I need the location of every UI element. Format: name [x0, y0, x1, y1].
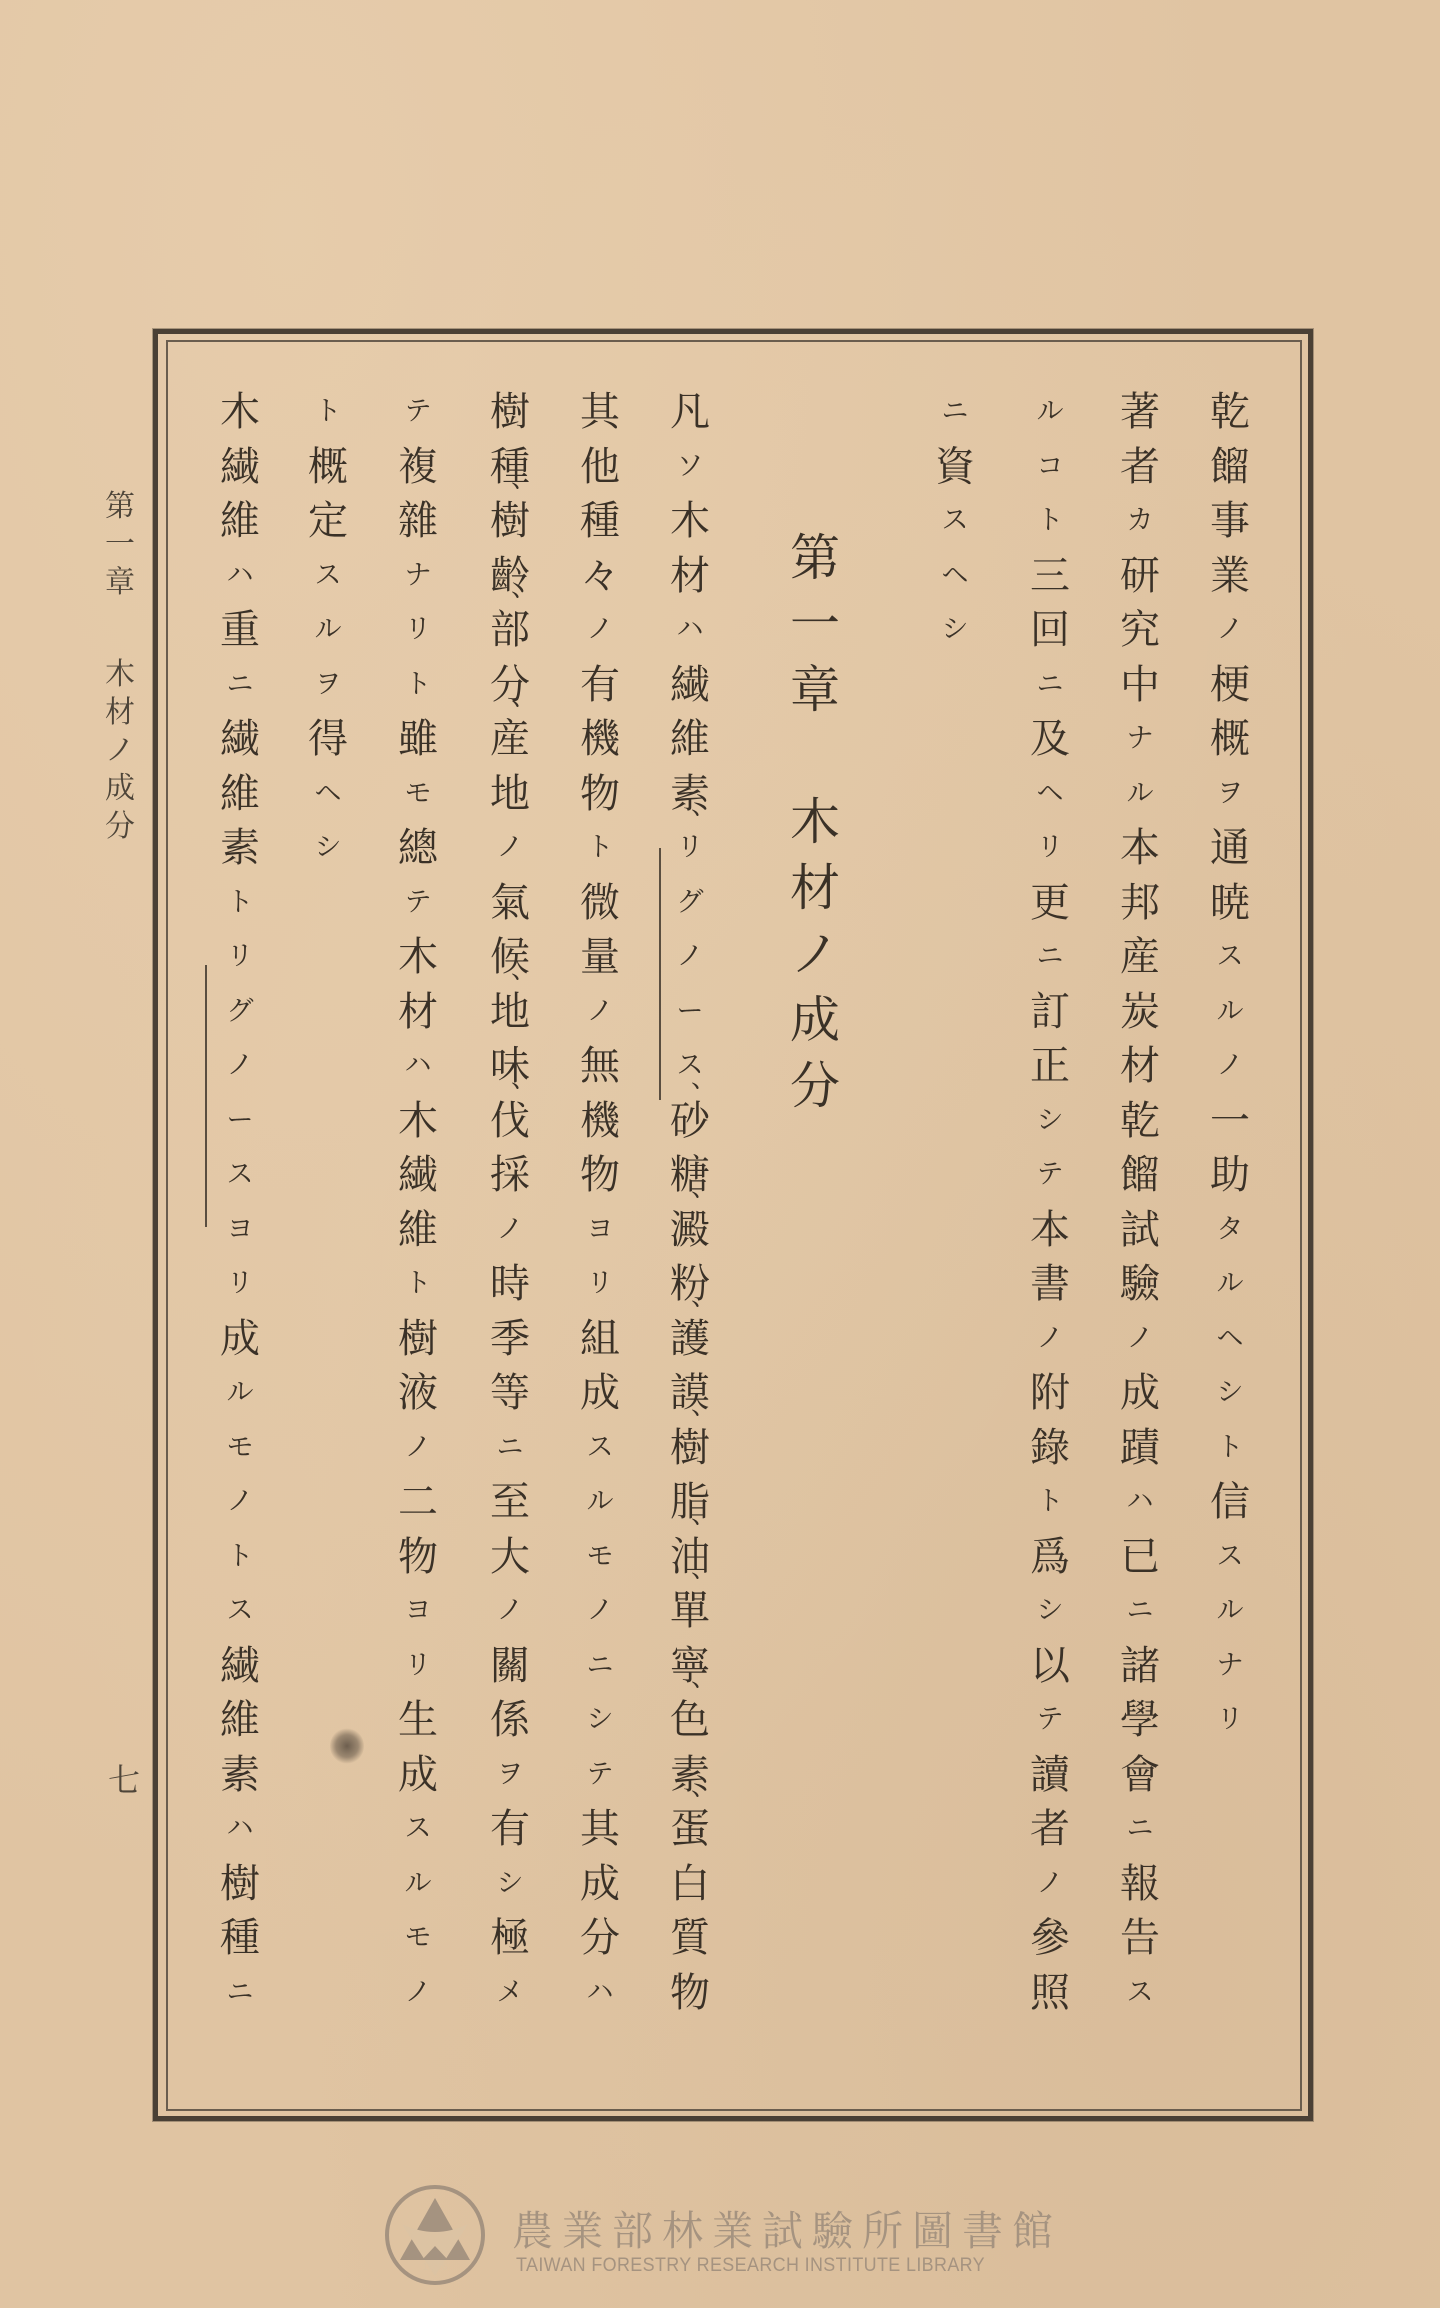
glyph: 木: [213, 385, 267, 440]
glyph: ノ: [213, 1475, 267, 1530]
glyph: 及: [1023, 712, 1077, 767]
glyph: 梗: [1203, 658, 1257, 713]
glyph: 時: [483, 1257, 537, 1312]
glyph: 物: [573, 767, 627, 822]
glyph: ヘ: [928, 549, 982, 604]
preface-column-4: ニ資スヘシ: [928, 385, 982, 658]
glyph: 成: [573, 1857, 627, 1912]
chapter-number: 第一章: [782, 525, 848, 723]
glyph: 複: [391, 440, 445, 495]
glyph: 助: [1203, 1148, 1257, 1203]
running-header: 第一章 木材ノ成分: [100, 488, 140, 846]
glyph: 蛋: [663, 1802, 717, 1857]
glyph: 雜: [391, 494, 445, 549]
glyph: 更: [1023, 876, 1077, 931]
glyph: 事: [1203, 494, 1257, 549]
glyph: ト: [573, 821, 627, 876]
glyph: ル: [1203, 985, 1257, 1040]
glyph: シ: [928, 603, 982, 658]
watermark-title-en: TAIWAN FORESTRY RESEARCH INSTITUTE LIBRA…: [516, 2254, 985, 2277]
glyph: 三: [1023, 549, 1077, 604]
glyph: ス、: [663, 1039, 717, 1094]
glyph: 其: [573, 385, 627, 440]
glyph: 餾: [1203, 440, 1257, 495]
glyph: リ: [1023, 821, 1077, 876]
glyph: テ: [391, 876, 445, 931]
glyph: 色: [663, 1693, 717, 1748]
glyph: ノ: [391, 1421, 445, 1476]
glyph: ノ: [1203, 1039, 1257, 1094]
glyph: ヨ: [213, 1203, 267, 1258]
glyph: ノ: [100, 732, 140, 770]
comma-mark: 、: [691, 1284, 717, 1310]
glyph: 寧、: [663, 1639, 717, 1694]
glyph: シ: [483, 1857, 537, 1912]
glyph: 總: [391, 821, 445, 876]
running-header-title: 木材ノ成分: [100, 656, 140, 846]
glyph: 餾: [1113, 1148, 1167, 1203]
glyph: 繊: [213, 1639, 267, 1694]
glyph: 正: [1023, 1039, 1077, 1094]
comma-mark: 、: [691, 1556, 717, 1582]
glyph: 成: [213, 1312, 267, 1367]
glyph: 成: [573, 1366, 627, 1421]
glyph: 暁: [1203, 876, 1257, 931]
glyph: ノ: [1023, 1857, 1077, 1912]
glyph: 物: [573, 1148, 627, 1203]
chapter-heading: 第一章 木材ノ成分: [782, 525, 848, 1119]
glyph: 附: [1023, 1366, 1077, 1421]
glyph: 繊: [663, 658, 717, 713]
glyph: モ: [391, 767, 445, 822]
glyph: リ: [391, 603, 445, 658]
institute-seal-icon: 1896: [380, 2178, 500, 2298]
glyph: ニ: [573, 1639, 627, 1694]
glyph: 錄: [1023, 1421, 1077, 1476]
glyph: 分: [782, 1053, 848, 1119]
preface-column-2: 著者カ研究中ナル本邦産炭材乾餾試驗ノ成蹟ハ已ニ諸學會ニ報告ス: [1113, 385, 1167, 2020]
book-page: 第一章 木材ノ成分 七 乾餾事業ノ梗概ヲ通暁スルノ一助タルヘシト信スルナリ 著者…: [0, 0, 1440, 2308]
watermark-title-zh: 農業部林業試驗所圖書館: [512, 2198, 1062, 2257]
glyph: ル: [1203, 1584, 1257, 1639]
glyph: ニ: [1113, 1802, 1167, 1857]
glyph: 種: [573, 494, 627, 549]
glyph: 粉、: [663, 1257, 717, 1312]
glyph: 素、: [663, 767, 717, 822]
glyph: ス: [1203, 930, 1257, 985]
glyph: 邦: [1113, 876, 1167, 931]
glyph: 分、: [483, 658, 537, 713]
glyph: 味、: [483, 1039, 537, 1094]
glyph: 會: [1113, 1748, 1167, 1803]
glyph: 分: [100, 808, 140, 846]
glyph: ヨ: [391, 1584, 445, 1639]
glyph: 素: [213, 1748, 267, 1803]
glyph: ヨ: [573, 1203, 627, 1258]
ink-stamp-mark: [330, 1728, 364, 1764]
glyph: 他: [573, 440, 627, 495]
glyph: 繊: [391, 1148, 445, 1203]
glyph: ナ: [1203, 1639, 1257, 1694]
glyph: ヘ: [1203, 1312, 1257, 1367]
glyph: 樹: [483, 385, 537, 440]
glyph: 液: [391, 1366, 445, 1421]
glyph: ス: [391, 1802, 445, 1857]
glyph: 々: [573, 549, 627, 604]
glyph: 本: [1023, 1203, 1077, 1258]
glyph: 已: [1113, 1530, 1167, 1585]
comma-mark: 、: [691, 1502, 717, 1528]
glyph: 有: [483, 1802, 537, 1857]
glyph: 繊: [213, 440, 267, 495]
glyph: ハ: [213, 1802, 267, 1857]
glyph: 季: [483, 1312, 537, 1367]
glyph: モ: [391, 1911, 445, 1966]
glyph: ス: [1203, 1530, 1257, 1585]
glyph: ハ: [213, 549, 267, 604]
glyph: 等: [483, 1366, 537, 1421]
glyph: メ: [483, 1966, 537, 2021]
glyph: 第: [782, 525, 848, 591]
glyph: 著: [1113, 385, 1167, 440]
glyph: ナ: [391, 549, 445, 604]
glyph: 讀: [1023, 1748, 1077, 1803]
glyph: 維: [663, 712, 717, 767]
glyph: 大: [483, 1530, 537, 1585]
glyph: 油、: [663, 1530, 717, 1585]
glyph: ヲ: [1203, 767, 1257, 822]
glyph: 業: [1203, 549, 1257, 604]
glyph: コ: [1023, 440, 1077, 495]
glyph: 極: [483, 1911, 537, 1966]
glyph: 物: [663, 1966, 717, 2021]
glyph: ル: [1203, 1257, 1257, 1312]
glyph: 回: [1023, 603, 1077, 658]
glyph: ト: [213, 1530, 267, 1585]
comma-mark: 、: [691, 1774, 717, 1800]
seal-year: 1896: [422, 2262, 447, 2273]
body-column-5: ト概定スルヲ得ヘシ: [301, 385, 355, 876]
glyph: ニ: [928, 385, 982, 440]
glyph: ニ: [1023, 930, 1077, 985]
glyph: ト: [301, 385, 355, 440]
glyph: ス: [1113, 1966, 1167, 2021]
glyph: ニ: [483, 1421, 537, 1476]
glyph: ニ: [1023, 658, 1077, 713]
glyph: 爲: [1023, 1530, 1077, 1585]
glyph: 究: [1113, 603, 1167, 658]
glyph: シ: [573, 1693, 627, 1748]
term-sideline-1: [659, 848, 661, 1100]
glyph: 有: [573, 658, 627, 713]
glyph: 重: [213, 603, 267, 658]
glyph: グ: [213, 985, 267, 1040]
glyph: 物: [391, 1530, 445, 1585]
glyph: 報: [1113, 1857, 1167, 1912]
glyph: ニ: [213, 1966, 267, 2021]
glyph: 素、: [663, 1748, 717, 1803]
glyph: モ: [213, 1421, 267, 1476]
glyph: ノ: [483, 1584, 537, 1639]
glyph: ト: [391, 658, 445, 713]
glyph: タ: [1203, 1203, 1257, 1258]
glyph: グ: [663, 876, 717, 931]
glyph: ノ: [782, 921, 848, 987]
glyph: 乾: [1113, 1094, 1167, 1149]
glyph: 得: [301, 712, 355, 767]
glyph: 第: [100, 488, 140, 526]
glyph: リ: [1203, 1693, 1257, 1748]
glyph: ハ: [573, 1966, 627, 2021]
glyph: 木: [782, 789, 848, 855]
page-number: 七: [108, 1755, 140, 1801]
glyph: 成: [391, 1748, 445, 1803]
glyph: 中: [1113, 658, 1167, 713]
glyph: ノ: [1113, 1312, 1167, 1367]
glyph: 木: [391, 930, 445, 985]
glyph: シ: [1203, 1366, 1257, 1421]
spacer: [782, 723, 848, 789]
glyph: ト: [1203, 1421, 1257, 1476]
glyph: 材: [782, 855, 848, 921]
glyph: 部: [483, 603, 537, 658]
comma-mark: 、: [511, 957, 537, 983]
glyph: 訂: [1023, 985, 1077, 1040]
glyph: ノ: [573, 1584, 627, 1639]
glyph: リ: [213, 1257, 267, 1312]
glyph: ニ: [1113, 1584, 1167, 1639]
glyph: シ: [1023, 1094, 1077, 1149]
glyph: 參: [1023, 1911, 1077, 1966]
glyph: 凡: [663, 385, 717, 440]
glyph: 乾: [1203, 385, 1257, 440]
glyph: 木: [391, 1094, 445, 1149]
glyph: ハ: [391, 1039, 445, 1094]
glyph: ニ: [213, 658, 267, 713]
glyph: 信: [1203, 1475, 1257, 1530]
glyph: 伐: [483, 1094, 537, 1149]
glyph: 生: [391, 1693, 445, 1748]
glyph: 材: [663, 549, 717, 604]
glyph: 無: [573, 1039, 627, 1094]
glyph: 木: [663, 494, 717, 549]
glyph: 氣: [483, 876, 537, 931]
glyph: モ: [573, 1530, 627, 1585]
glyph: 産: [483, 712, 537, 767]
glyph: 種、: [483, 440, 537, 495]
glyph: 糖、: [663, 1148, 717, 1203]
glyph: ル: [573, 1475, 627, 1530]
glyph: 種: [213, 1911, 267, 1966]
glyph: ス: [213, 1584, 267, 1639]
glyph: 概: [1203, 712, 1257, 767]
glyph: 量: [573, 930, 627, 985]
glyph: 概: [301, 440, 355, 495]
glyph: 告: [1113, 1911, 1167, 1966]
glyph: ノ: [483, 821, 537, 876]
glyph: 謨、: [663, 1366, 717, 1421]
glyph: ナ: [1113, 712, 1167, 767]
glyph: ル: [1023, 385, 1077, 440]
comma-mark: 、: [691, 1665, 717, 1691]
glyph: 樹: [213, 1857, 267, 1912]
glyph: 木: [100, 656, 140, 694]
glyph: 二: [391, 1475, 445, 1530]
glyph: リ: [573, 1257, 627, 1312]
glyph: 脂、: [663, 1475, 717, 1530]
glyph: 章: [782, 657, 848, 723]
glyph: 研: [1113, 549, 1167, 604]
glyph: ト: [1023, 494, 1077, 549]
glyph: 白: [663, 1857, 717, 1912]
glyph: 地: [483, 985, 537, 1040]
glyph: テ: [1023, 1148, 1077, 1203]
glyph: 質: [663, 1911, 717, 1966]
body-column-2: 其他種々ノ有機物ト微量ノ無機物ヨリ組成スルモノニシテ其成分ハ: [573, 385, 627, 2020]
glyph: ノ: [483, 1203, 537, 1258]
glyph: 一: [100, 526, 140, 564]
glyph: 繊: [213, 712, 267, 767]
glyph: ハ: [1113, 1475, 1167, 1530]
glyph: 維: [213, 494, 267, 549]
glyph: 樹: [391, 1312, 445, 1367]
spacer: [100, 602, 140, 656]
glyph: 材: [391, 985, 445, 1040]
glyph: 微: [573, 876, 627, 931]
comma-mark: 、: [511, 684, 537, 710]
glyph: 維: [213, 767, 267, 822]
glyph: 通: [1203, 821, 1257, 876]
glyph: 樹: [663, 1421, 717, 1476]
glyph: ヘ: [301, 767, 355, 822]
glyph: ル: [301, 603, 355, 658]
glyph: 本: [1113, 821, 1167, 876]
glyph: リ: [391, 1639, 445, 1694]
glyph: ル: [1113, 767, 1167, 822]
glyph: 維: [391, 1203, 445, 1258]
glyph: ノ: [573, 985, 627, 1040]
glyph: 單: [663, 1584, 717, 1639]
glyph: テ: [1023, 1693, 1077, 1748]
glyph: 其: [573, 1802, 627, 1857]
glyph: 産: [1113, 930, 1167, 985]
glyph: ト: [1023, 1475, 1077, 1530]
glyph: ヘ: [1023, 767, 1077, 822]
glyph: 資: [928, 440, 982, 495]
glyph: 樹: [483, 494, 537, 549]
glyph: 學: [1113, 1693, 1167, 1748]
glyph: 成: [782, 987, 848, 1053]
comma-mark: 、: [691, 1066, 717, 1092]
glyph: ノ: [663, 930, 717, 985]
glyph: 試: [1113, 1203, 1167, 1258]
glyph: ノ: [1203, 603, 1257, 658]
glyph: 材: [100, 694, 140, 732]
glyph: 機: [573, 712, 627, 767]
glyph: 諸: [1113, 1639, 1167, 1694]
glyph: リ: [213, 930, 267, 985]
preface-column-3: ルコト三回ニ及ヘリ更ニ訂正シテ本書ノ附錄ト爲シ以テ讀者ノ參照: [1023, 385, 1077, 2020]
glyph: 材: [1113, 1039, 1167, 1094]
glyph: 地: [483, 767, 537, 822]
glyph: ノ: [573, 603, 627, 658]
comma-mark: 、: [511, 575, 537, 601]
glyph: 以: [1023, 1639, 1077, 1694]
glyph: ス: [301, 549, 355, 604]
preface-column-1: 乾餾事業ノ梗概ヲ通暁スルノ一助タルヘシト信スルナリ: [1203, 385, 1257, 1748]
glyph: 成: [100, 770, 140, 808]
glyph: 者: [1023, 1802, 1077, 1857]
glyph: テ: [391, 385, 445, 440]
glyph: リ: [663, 821, 717, 876]
glyph: ノ: [1023, 1312, 1077, 1367]
glyph: ル: [391, 1857, 445, 1912]
glyph: 書: [1023, 1257, 1077, 1312]
glyph: 章: [100, 564, 140, 602]
glyph: 組: [573, 1312, 627, 1367]
glyph: 機: [573, 1094, 627, 1149]
glyph: ソ: [663, 440, 717, 495]
glyph: ト: [391, 1257, 445, 1312]
glyph: シ: [1023, 1584, 1077, 1639]
glyph: 素: [213, 821, 267, 876]
glyph: ト: [213, 876, 267, 931]
glyph: 雖: [391, 712, 445, 767]
glyph: 澱: [663, 1203, 717, 1258]
glyph: ー: [663, 985, 717, 1040]
glyph: ル: [213, 1366, 267, 1421]
glyph: 維: [213, 1693, 267, 1748]
glyph: カ: [1113, 494, 1167, 549]
comma-mark: 、: [691, 1393, 717, 1419]
glyph: 護: [663, 1312, 717, 1367]
glyph: 分: [573, 1911, 627, 1966]
glyph: 齡、: [483, 549, 537, 604]
comma-mark: 、: [691, 793, 717, 819]
glyph: ハ: [663, 603, 717, 658]
glyph: ノ: [213, 1039, 267, 1094]
glyph: 驗: [1113, 1257, 1167, 1312]
glyph: シ: [301, 821, 355, 876]
glyph: ス: [573, 1421, 627, 1476]
body-column-3: 樹種、樹齡、部分、産地ノ氣候、地味、伐採ノ時季等ニ至大ノ關係ヲ有シ極メ: [483, 385, 537, 2020]
glyph: 候、: [483, 930, 537, 985]
glyph: 蹟: [1113, 1421, 1167, 1476]
glyph: ヲ: [483, 1748, 537, 1803]
glyph: ノ: [391, 1966, 445, 2021]
comma-mark: 、: [511, 1066, 537, 1092]
comma-mark: 、: [691, 1175, 717, 1201]
glyph: 成: [1113, 1366, 1167, 1421]
body-column-1: 凡ソ木材ハ繊維素、リグノース、砂糖、澱粉、護謨、樹脂、油、單寧、色素、蛋白質物: [663, 385, 717, 2020]
glyph: 一: [782, 591, 848, 657]
glyph: ス: [928, 494, 982, 549]
glyph: ヲ: [301, 658, 355, 713]
glyph: 係: [483, 1693, 537, 1748]
glyph: ス: [213, 1148, 267, 1203]
term-sideline-2: [205, 965, 207, 1227]
chapter-title: 木材ノ成分: [782, 789, 848, 1119]
running-header-chapter: 第一章: [100, 488, 140, 602]
comma-mark: 、: [511, 466, 537, 492]
glyph: 一: [1203, 1094, 1257, 1149]
glyph: ー: [213, 1094, 267, 1149]
glyph: 採: [483, 1148, 537, 1203]
glyph: 關: [483, 1639, 537, 1694]
glyph: テ: [573, 1748, 627, 1803]
body-column-6: 木繊維ハ重ニ繊維素トリグノースヨリ成ルモノトス繊維素ハ樹種ニ: [213, 385, 267, 2020]
glyph: 定: [301, 494, 355, 549]
